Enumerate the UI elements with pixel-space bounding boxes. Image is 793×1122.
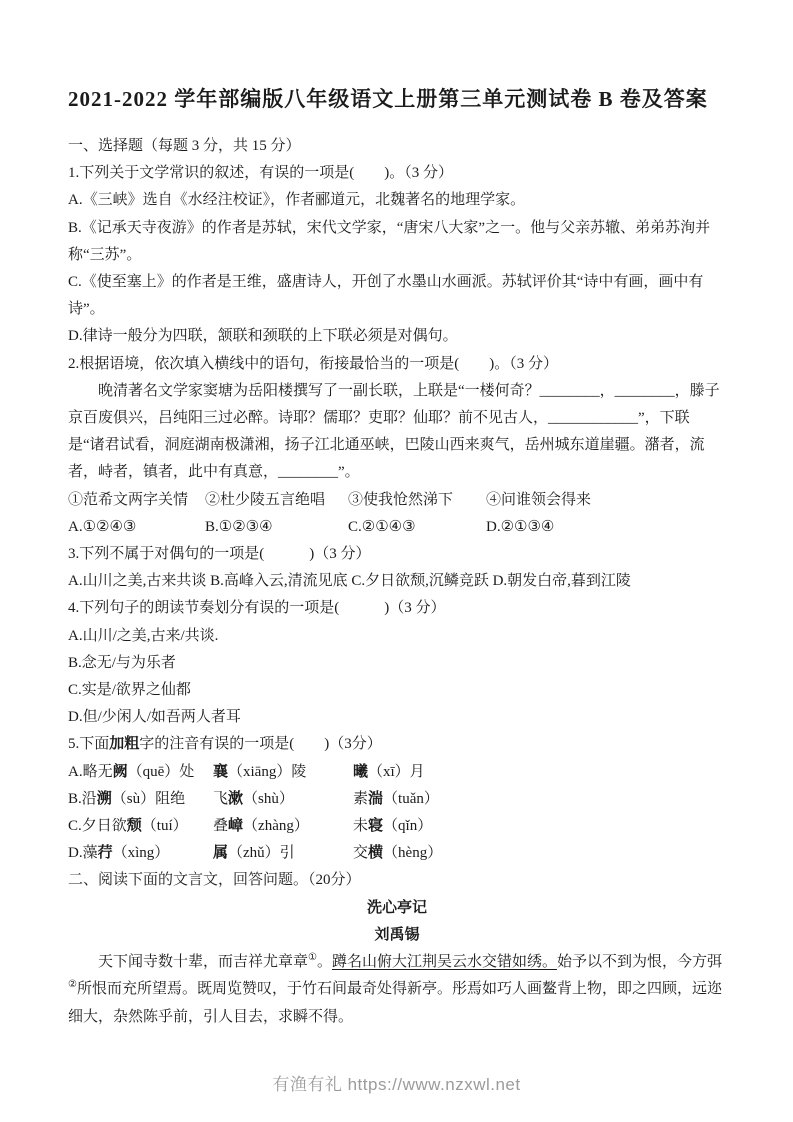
essay-author: 刘禹锡 <box>68 922 726 949</box>
q5-a-col1: A.略无阙（quē）处 <box>68 759 213 786</box>
q5-b-col2: 飞漱（shù） <box>213 786 353 813</box>
q2-choices-row: A.①②④③ B.①②③④ C.②①④③ D.②①③④ <box>68 514 726 541</box>
q5-row-a: A.略无阙（quē）处 襄（xiāng）陵 曦（xī）月 <box>68 759 726 786</box>
q5-row-d: D.藻荇（xìng） 属（zhǔ）引 交横（hèng） <box>68 840 726 867</box>
q5-d-col2: 属（zhǔ）引 <box>213 840 353 867</box>
section2-heading: 二、阅读下面的文言文，回答问题。（20分） <box>68 867 726 894</box>
q5-row-b: B.沿溯（sù）阻绝 飞漱（shù） 素湍（tuǎn） <box>68 786 726 813</box>
q2-choice-c: C.②①④③ <box>348 514 486 541</box>
essay-title: 洗心亭记 <box>68 895 726 922</box>
q1-stem: 1.下列关于文学常识的叙述，有误的一项是( )。（3 分） <box>68 160 726 187</box>
footer-watermark: 有渔有礼 https://www.nzxwl.net <box>0 1070 793 1095</box>
q3-options: A.山川之美,古来共谈 B.高峰入云,清流见底 C.夕日欲颓,沉鳞竞跃 D.朝发… <box>68 568 726 595</box>
q1-option-d: D.律诗一般分为四联，颔联和颈联的上下联必须是对偶句。 <box>68 323 726 350</box>
q4-option-b: B.念无/与为乐者 <box>68 650 726 677</box>
q5-row-c: C.夕日欲颓（tuí） 叠嶂（zhàng） 未寝（qǐn） <box>68 813 726 840</box>
q2-stem: 2.根据语境，依次填入横线中的语句，衔接最恰当的一项是( )。（3 分） <box>68 351 726 378</box>
q5-b-col1: B.沿溯（sù）阻绝 <box>68 786 213 813</box>
q4-option-c: C.实是/欲界之仙都 <box>68 677 726 704</box>
page-title: 2021-2022 学年部编版八年级语文上册第三单元测试卷 B 卷及答案 <box>68 84 726 114</box>
q2-items-row: ①范希文两字关情 ②杜少陵五言绝唱 ③使我怆然涕下 ④问谁领会得来 <box>68 487 726 514</box>
q5-a-col3: 曦（xī）月 <box>353 759 425 786</box>
q5-stem: 5.下面加粗字的注音有误的一项是( )（3分） <box>68 731 726 758</box>
q2-item-3: ③使我怆然涕下 <box>348 487 486 514</box>
q1-option-c: C.《使至塞上》的作者是王维，盛唐诗人，开创了水墨山水画派。苏轼评价其“诗中有画… <box>68 269 726 323</box>
document-page: 2021-2022 学年部编版八年级语文上册第三单元测试卷 B 卷及答案 一、选… <box>0 0 793 1122</box>
q2-choice-d: D.②①③④ <box>486 514 554 541</box>
q1-option-b: B.《记承天寺夜游》的作者是苏轼，宋代文学家，“唐宋八大家”之一。他与父亲苏辙、… <box>68 215 726 269</box>
q5-c-col2: 叠嶂（zhàng） <box>213 813 353 840</box>
section1-heading: 一、选择题（每题 3 分，共 15 分） <box>68 133 726 160</box>
q2-choice-b: B.①②③④ <box>205 514 348 541</box>
q5-d-col3: 交横（hèng） <box>353 840 442 867</box>
q1-option-a: A.《三峡》选自《水经注校证》，作者郦道元，北魏著名的地理学家。 <box>68 187 726 214</box>
q4-option-d: D.但/少闲人/如吾两人者耳 <box>68 704 726 731</box>
q2-passage: 晚清著名文学家窦塘为岳阳楼撰写了一副长联，上联是“一楼何奇？________，_… <box>68 378 726 487</box>
q2-item-1: ①范希文两字关情 <box>68 487 205 514</box>
q4-option-a: A.山川/之美,古来/共谈. <box>68 623 726 650</box>
q3-stem: 3.下列不属于对偶句的一项是( )（3 分） <box>68 541 726 568</box>
essay-paragraph: 天下闻寺数十辈，而吉祥尤章章①。蹲名山俯大江荆吴云水交错如绣。始予以不到为恨，今… <box>68 949 726 1031</box>
q5-a-col2: 襄（xiāng）陵 <box>213 759 353 786</box>
q5-b-col3: 素湍（tuǎn） <box>353 786 439 813</box>
q5-d-col1: D.藻荇（xìng） <box>68 840 213 867</box>
q4-stem: 4.下列句子的朗读节奏划分有误的一项是( )（3 分） <box>68 595 726 622</box>
q2-item-2: ②杜少陵五言绝唱 <box>205 487 348 514</box>
q2-item-4: ④问谁领会得来 <box>486 487 591 514</box>
q2-choice-a: A.①②④③ <box>68 514 205 541</box>
q5-c-col3: 未寝（qǐn） <box>353 813 432 840</box>
q5-c-col1: C.夕日欲颓（tuí） <box>68 813 213 840</box>
